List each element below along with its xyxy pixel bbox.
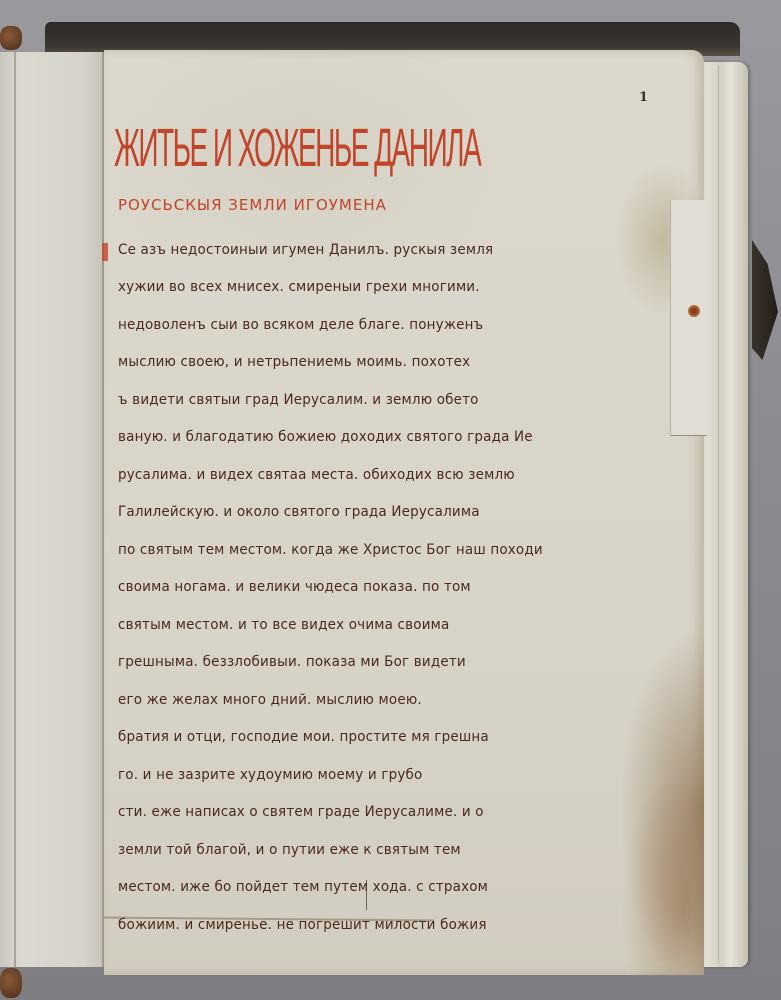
text-line: братия и отци, господие мои. простите мя… — [118, 729, 489, 745]
text-line: недоволенъ сыи во всяком деле благе. пон… — [118, 317, 483, 333]
rubric-title: ЖИТЬЕ И ХОЖЕНЬЕ ДАНИЛА — [114, 118, 384, 178]
manuscript-page: 1 ЖИТЬЕ И ХОЖЕНЬЕ ДАНИЛА РОУСЬСКЫЯ ЗЕМЛИ… — [104, 50, 704, 975]
text-line: местом. иже бо пойдет тем путем хода. с … — [118, 879, 488, 895]
text-line: божиим. и смиренье. не погрешит милости … — [118, 917, 487, 933]
folio-number: 1 — [639, 90, 648, 105]
text-line: мыслию своею, и нетрьпениемь моимь. похо… — [118, 354, 470, 370]
repair-patch — [670, 200, 707, 436]
red-initial-mark — [102, 243, 108, 261]
binding-clasp-top — [0, 26, 22, 50]
left-flyleaf — [0, 52, 104, 967]
text-line: ваную. и благодатию божиею доходих свято… — [118, 429, 533, 445]
text-line: грешныма. беззлобивыи. показа ми Бог вид… — [118, 654, 466, 670]
text-line: Галилейскую. и около святого града Иерус… — [118, 504, 480, 520]
rubric-subtitle: РОУСЬСКЫЯ ЗЕМЛИ ИГОУМЕНА — [118, 196, 387, 214]
text-line: хужии во всех мнисех. смиреныи грехи мно… — [118, 279, 480, 295]
text-line: по святым тем местом. когда же Христос Б… — [118, 542, 543, 558]
binding-clasp-bottom — [0, 968, 22, 998]
text-line: ъ видети святыи град Иерусалим. и землю … — [118, 392, 479, 408]
text-line: Се азъ недостоиныи игумен Данилъ. рускыя… — [118, 242, 493, 258]
text-line: русалима. и видех святаа места. обиходих… — [118, 467, 515, 483]
text-line: сти. еже написах о святем граде Иерусали… — [118, 804, 484, 820]
text-line: его же желах много дний. мыслию моею. — [118, 692, 422, 708]
text-line: святым местом. и то все видех очима свои… — [118, 617, 449, 633]
text-line: го. и не зазрите худоумию моему и грубо — [118, 767, 422, 783]
text-line: своима ногама. и велики чюдеса показа. п… — [118, 579, 471, 595]
text-line: земли той благой, и о путии еже к святым… — [118, 842, 461, 858]
rust-stain — [688, 305, 700, 317]
flyleaf-fold — [14, 52, 16, 967]
